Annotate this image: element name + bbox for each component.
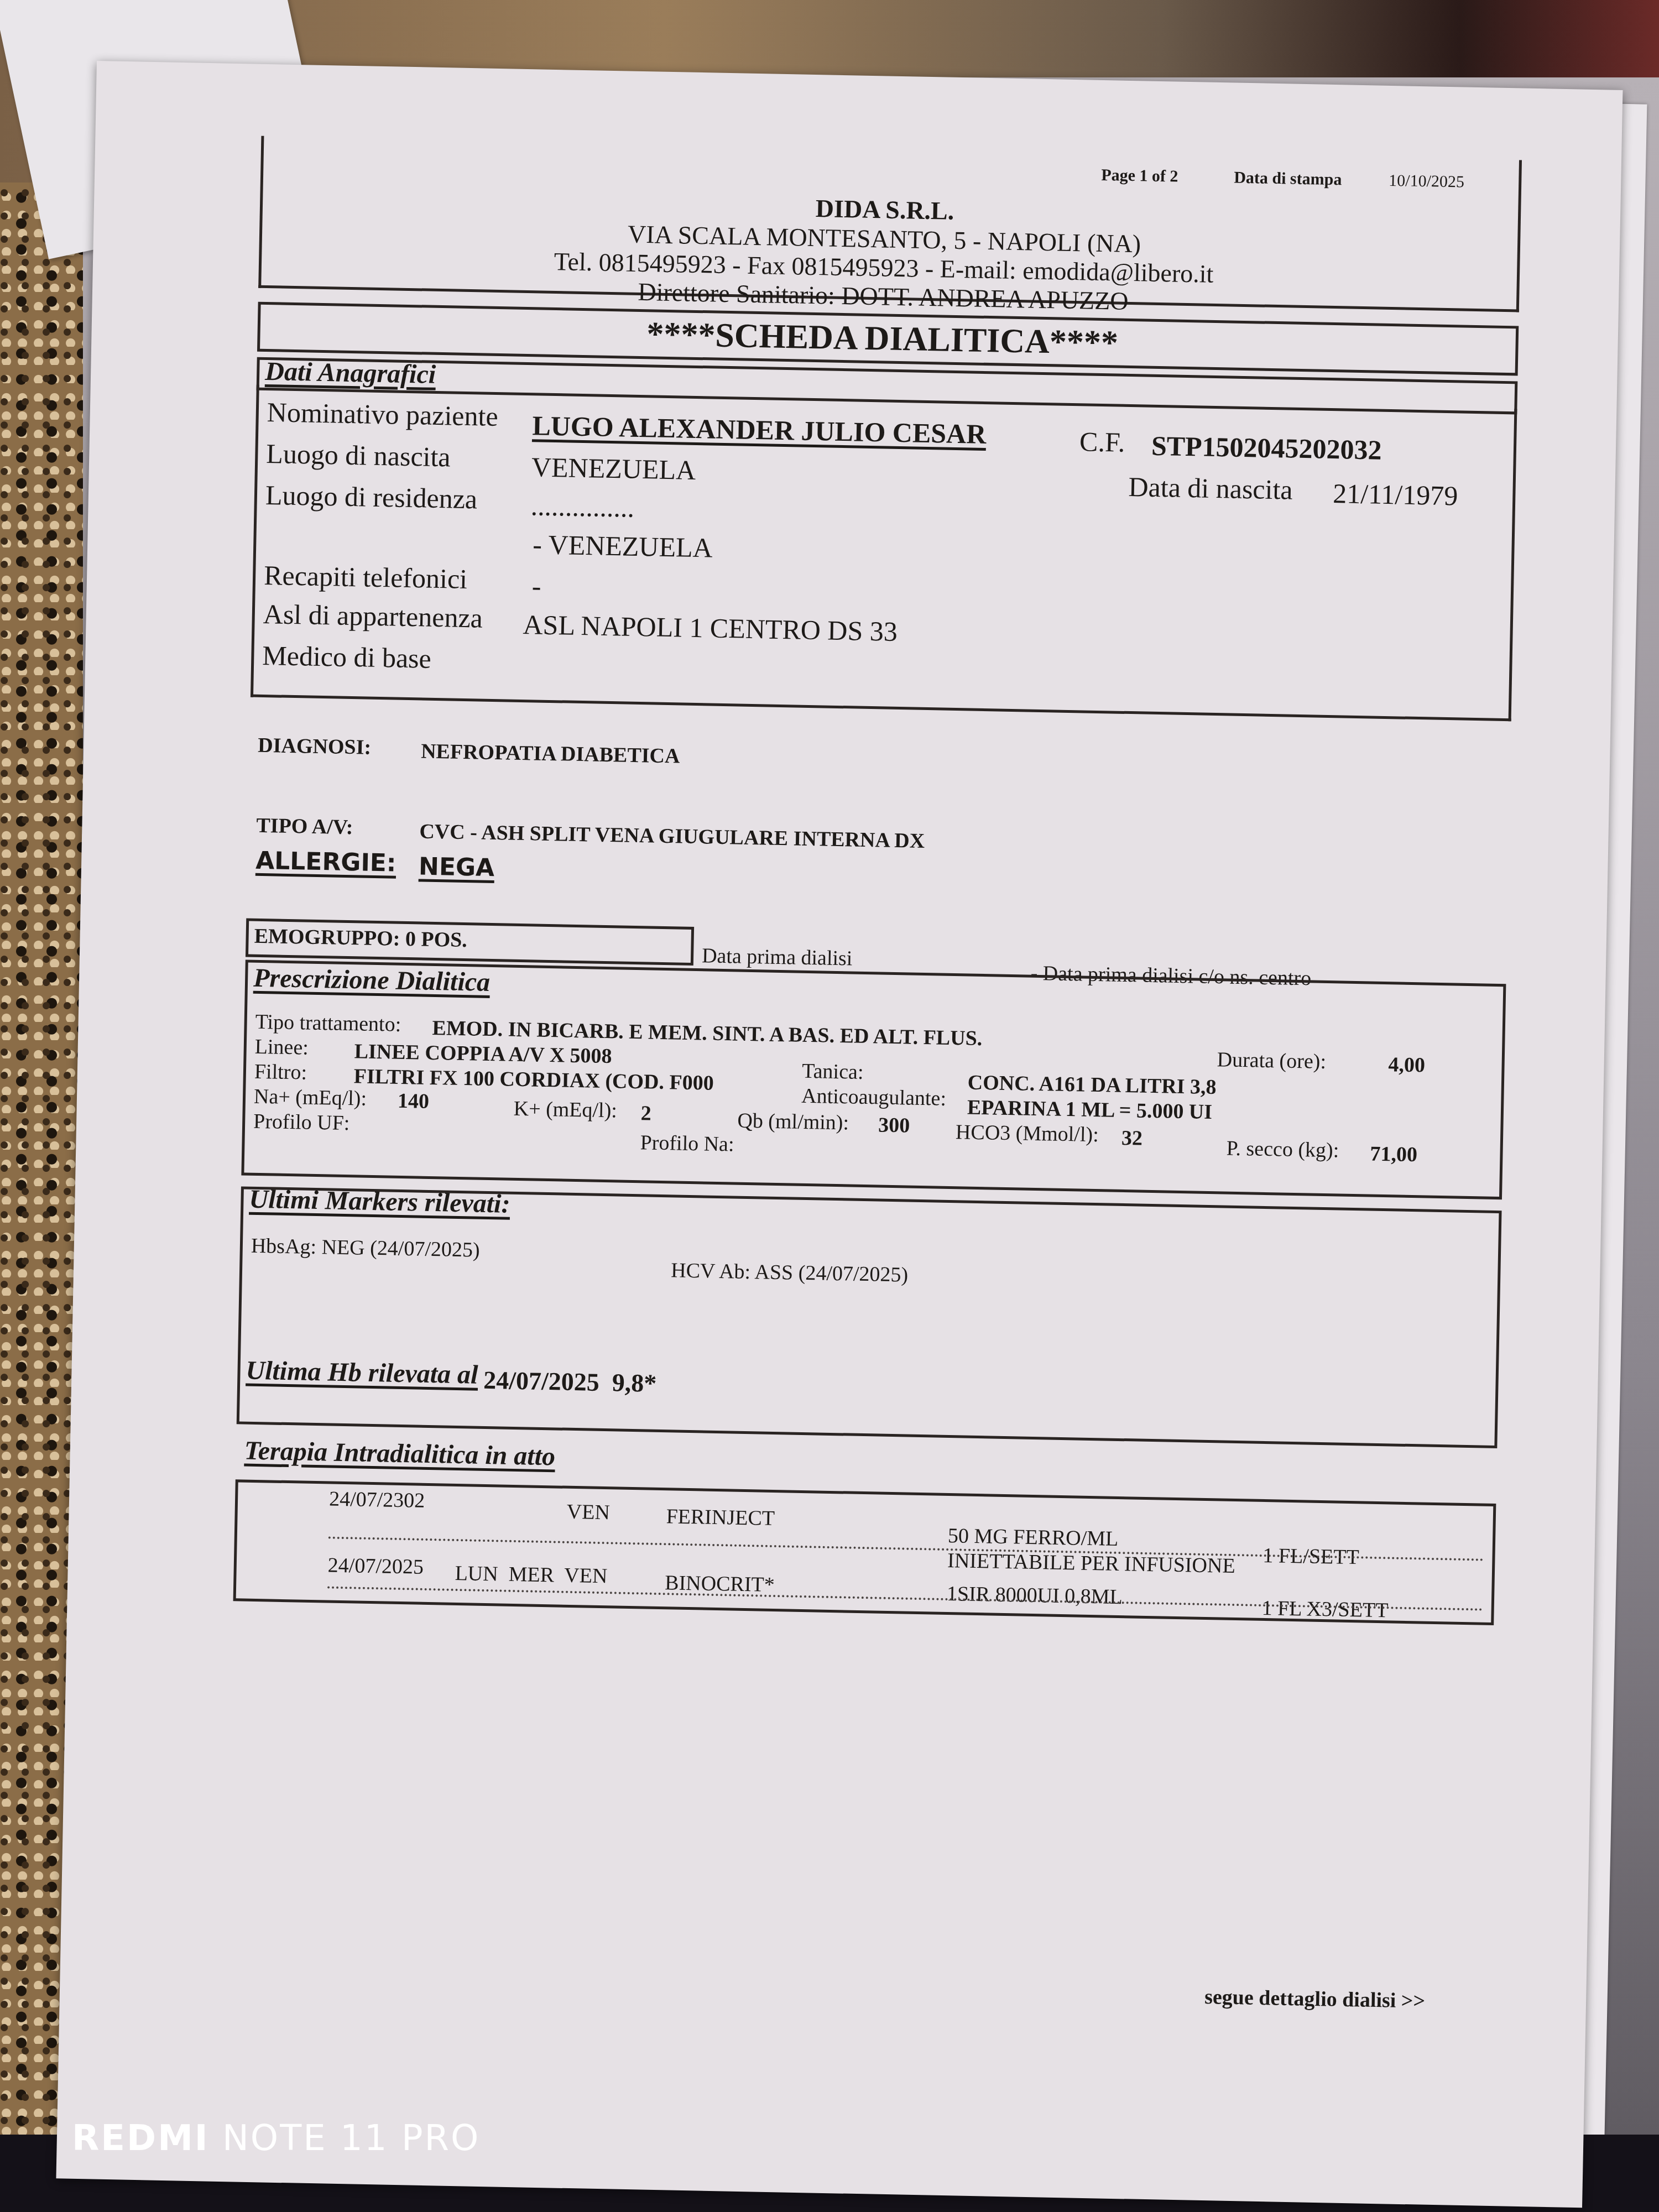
na-profile-label: Profilo Na: xyxy=(640,1130,734,1156)
hb-label: Ultima Hb rilevata al xyxy=(246,1355,478,1390)
cf-value: STP1502045202032 xyxy=(1151,430,1382,466)
phone-label: Recapiti telefonici xyxy=(264,559,468,595)
therapy-row-frequency: 1 FL X3/SETT xyxy=(1261,1596,1389,1623)
tank-value: CONC. A161 DA LITRI 3,8 xyxy=(967,1071,1216,1100)
therapy-row-date: 24/07/2302 xyxy=(329,1487,425,1513)
bicarbonate-value: 32 xyxy=(1121,1126,1143,1151)
markers-box xyxy=(237,1186,1502,1448)
av-type-label: TIPO A/V: xyxy=(256,813,353,839)
continue-note: segue dettaglio dialisi >> xyxy=(1204,1985,1426,2013)
av-type-value: CVC - ASH SPLIT VENA GIUGULARE INTERNA D… xyxy=(419,819,925,853)
anticoagulant-value: EPARINA 1 ML = 5.000 UI xyxy=(967,1095,1213,1125)
therapy-row-date: 24/07/2025 xyxy=(327,1553,424,1579)
lines-value: LINEE COPPIA A/V X 5008 xyxy=(354,1039,612,1068)
sodium-value: 140 xyxy=(398,1089,430,1114)
therapy-row-dose-line-1: 1SIR 8000UI 0,8ML xyxy=(947,1582,1123,1609)
therapy-row-dose-line-1: 50 MG FERRO/ML xyxy=(948,1524,1119,1551)
dry-weight-label: P. secco (kg): xyxy=(1226,1136,1339,1163)
print-date: 10/10/2025 xyxy=(1389,171,1464,192)
therapy-row-drug: FERINJECT xyxy=(666,1504,775,1531)
birthdate: 21/11/1979 xyxy=(1333,477,1458,512)
diagnosis-value: NEFROPATIA DIABETICA xyxy=(421,739,680,768)
tank-label: Tanica: xyxy=(802,1059,864,1084)
print-date-label: Data di stampa xyxy=(1234,169,1342,190)
potassium-value: 2 xyxy=(640,1101,651,1125)
allergies-label: ALLERGIE: xyxy=(255,847,397,878)
treatment-label: Tipo trattamento: xyxy=(255,1010,401,1037)
cf-label: C.F. xyxy=(1079,425,1125,458)
residence-line-1: ............... xyxy=(530,489,635,524)
duration-value: 4,00 xyxy=(1388,1052,1425,1077)
therapy-row-days: VEN xyxy=(566,1500,610,1525)
hb-value: 24/07/2025 9,8* xyxy=(483,1365,657,1398)
family-doctor-label: Medico di base xyxy=(262,639,432,675)
residence-label: Luogo di residenza xyxy=(265,479,477,515)
hbsag-result: HbsAg: NEG (24/07/2025) xyxy=(251,1234,480,1262)
birthdate-label: Data di nascita xyxy=(1128,471,1293,506)
bicarbonate-label: HCO3 (Mmol/l): xyxy=(956,1120,1099,1147)
filter-label: Filtro: xyxy=(254,1060,307,1085)
therapy-row-days: LUN MER VEN xyxy=(455,1561,608,1588)
blood-group: EMOGRUPPO: 0 POS. xyxy=(254,924,467,952)
duration-label: Durata (ore): xyxy=(1217,1047,1326,1074)
lines-label: Linee: xyxy=(254,1035,309,1060)
anagrafica-section-title: Dati Anagrafici xyxy=(265,356,436,390)
asl-label: Asl di appartenenza xyxy=(263,598,483,634)
blood-flow-value: 300 xyxy=(878,1113,910,1138)
sodium-label: Na+ (mEq/l): xyxy=(254,1084,367,1111)
potassium-label: K+ (mEq/l): xyxy=(513,1097,617,1123)
blood-flow-label: Qb (ml/min): xyxy=(737,1109,849,1135)
dialysis-record-page: Page 1 of 2 Data di stampa 10/10/2025 DI… xyxy=(56,61,1623,2208)
diagnosis-label: DIAGNOSI: xyxy=(258,733,372,760)
allergies-value: NEGA xyxy=(419,852,495,882)
birthplace: VENEZUELA xyxy=(531,451,696,486)
first-dialysis-label: Data prima dialisi xyxy=(702,943,853,971)
camera-model: NOTE 11 PRO xyxy=(222,2118,480,2159)
camera-watermark: REDMI NOTE 11 PRO xyxy=(72,2118,480,2159)
residence-line-2: - VENEZUELA xyxy=(533,528,713,564)
uf-profile-label: Profilo UF: xyxy=(253,1109,350,1135)
prescription-section-title: Prescrizione Dialitica xyxy=(253,963,491,998)
dry-weight-value: 71,00 xyxy=(1370,1142,1417,1167)
therapy-section-title: Terapia Intradialitica in atto xyxy=(244,1436,555,1472)
phone-value: - xyxy=(531,570,541,602)
anticoagulant-label: Anticoaugulante: xyxy=(801,1084,946,1111)
patient-name-label: Nominativo paziente xyxy=(267,396,498,432)
birthplace-label: Luogo di nascita xyxy=(266,437,451,473)
camera-brand: REDMI xyxy=(72,2118,210,2159)
page-number: Page 1 of 2 xyxy=(1101,166,1178,186)
hcv-result: HCV Ab: ASS (24/07/2025) xyxy=(671,1258,909,1287)
markers-section-title: Ultimi Markers rilevati: xyxy=(249,1184,510,1219)
